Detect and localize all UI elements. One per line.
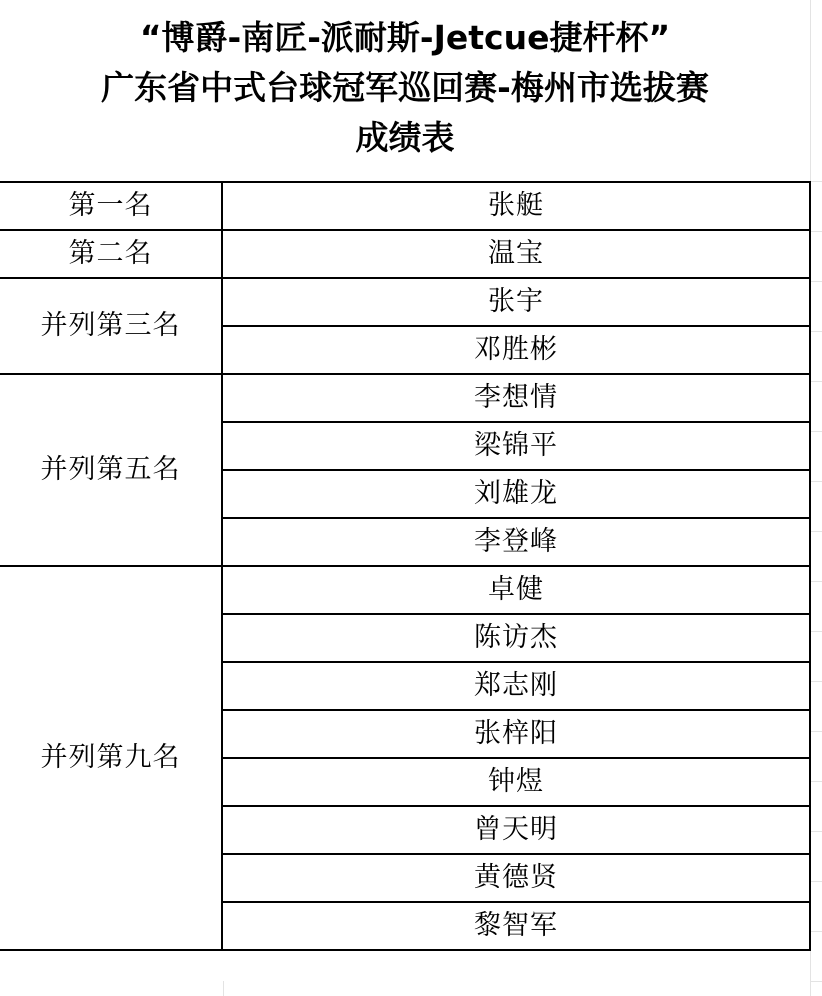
name-cell[interactable]: 黎智军 <box>222 902 810 950</box>
table-row: 并列第九名 卓健 <box>0 566 810 614</box>
rank-cell-1st[interactable]: 第一名 <box>0 182 222 230</box>
sheet-gridline-row <box>811 931 822 932</box>
name-cell[interactable]: 黄德贤 <box>222 854 810 902</box>
name-cell[interactable]: 张梓阳 <box>222 710 810 758</box>
sheet-gridline-row <box>811 531 822 532</box>
sheet-gridline-row <box>811 381 822 382</box>
sheet-gridline-row <box>811 781 822 782</box>
sheet-gridline-row <box>811 331 822 332</box>
title-line-3: 成绩表 <box>0 118 810 158</box>
sheet-gridline-row <box>811 231 822 232</box>
sheet-gridline-row <box>811 481 822 482</box>
name-cell[interactable]: 张艇 <box>222 182 810 230</box>
table-row: 并列第五名 李想情 <box>0 374 810 422</box>
results-table: 第一名 张艇 第二名 温宝 并列第三名 张宇 邓胜彬 并列第五名 李想情 梁锦平… <box>0 181 811 951</box>
sheet-gridline-row <box>811 181 822 182</box>
name-cell[interactable]: 温宝 <box>222 230 810 278</box>
table-row: 第一名 张艇 <box>0 182 810 230</box>
name-cell[interactable]: 李想情 <box>222 374 810 422</box>
title-line-1: “博爵-南匠-派耐斯-Jetcue捷杆杯” <box>0 18 810 58</box>
table-row: 并列第三名 张宇 <box>0 278 810 326</box>
title-line-2: 广东省中式台球冠军巡回赛-梅州市选拔赛 <box>0 68 810 108</box>
name-cell[interactable]: 张宇 <box>222 278 810 326</box>
name-cell[interactable]: 钟煜 <box>222 758 810 806</box>
sheet-gridline-row <box>811 981 822 982</box>
sheet-gridline-row <box>811 581 822 582</box>
rank-cell-tied-3rd[interactable]: 并列第三名 <box>0 278 222 374</box>
sheet-gridline-row <box>811 881 822 882</box>
name-cell[interactable]: 陈访杰 <box>222 614 810 662</box>
table-row: 第二名 温宝 <box>0 230 810 278</box>
sheet-gridline-row <box>811 731 822 732</box>
rank-cell-tied-9th[interactable]: 并列第九名 <box>0 566 222 950</box>
sheet-gridline-row <box>811 431 822 432</box>
name-cell[interactable]: 郑志刚 <box>222 662 810 710</box>
rank-cell-2nd[interactable]: 第二名 <box>0 230 222 278</box>
name-cell[interactable]: 刘雄龙 <box>222 470 810 518</box>
name-cell[interactable]: 梁锦平 <box>222 422 810 470</box>
rank-cell-tied-5th[interactable]: 并列第五名 <box>0 374 222 566</box>
sheet-gridline-row <box>811 281 822 282</box>
name-cell[interactable]: 李登峰 <box>222 518 810 566</box>
sheet-gridline-row <box>811 681 822 682</box>
sheet-gridline-row <box>811 831 822 832</box>
sheet-gridline-mid <box>223 981 224 996</box>
name-cell[interactable]: 邓胜彬 <box>222 326 810 374</box>
document-title: “博爵-南匠-派耐斯-Jetcue捷杆杯” 广东省中式台球冠军巡回赛-梅州市选拔… <box>0 0 810 181</box>
name-cell[interactable]: 曾天明 <box>222 806 810 854</box>
name-cell[interactable]: 卓健 <box>222 566 810 614</box>
sheet-gridline-row <box>811 631 822 632</box>
